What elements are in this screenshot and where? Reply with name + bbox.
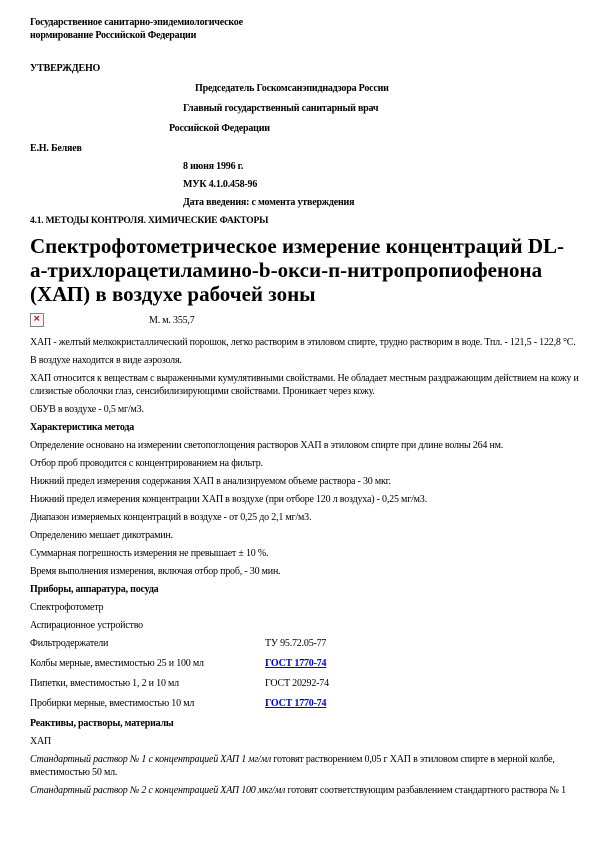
approver-title-line2: Главный государственный санитарный врач: [183, 102, 580, 115]
method-paragraph-6: Определению мешает дикотрамин.: [30, 529, 580, 542]
equipment-table-row: Пипетки, вместимостью 1, 2 и 10 мл ГОСТ …: [30, 677, 580, 690]
properties-paragraph-3: ХАП относится к веществам с выраженными …: [30, 372, 580, 398]
method-paragraph-5: Диапазон измеряемых концентраций в возду…: [30, 511, 580, 524]
approver-title-line1: Председатель Госкомсанэпиднадзора России: [195, 82, 580, 95]
equipment-item-spectrophotometer: Спектрофотометр: [30, 601, 580, 614]
equipment-table-row: Колбы мерные, вместимостью 25 и 100 мл Г…: [30, 657, 580, 670]
molar-mass-value: М. м. 355,7: [149, 314, 195, 327]
document-page: Государственное санитарно-эпидемиологиче…: [0, 0, 595, 842]
gost-1770-74-link[interactable]: ГОСТ 1770-74: [265, 657, 326, 670]
method-paragraph-2: Отбор проб проводится с концентрирование…: [30, 457, 580, 470]
method-paragraph-7: Суммарная погрешность измерения не превы…: [30, 547, 580, 560]
standard-solution-2-preparation: готовят соответствующим разбавлением ста…: [285, 785, 566, 796]
approval-date-block: 8 июня 1996 г. МУК 4.1.0.458-96 Дата вве…: [183, 160, 580, 209]
org-header-line1: Государственное санитарно-эпидемиологиче…: [30, 16, 580, 29]
equipment-item-label: Фильтродержатели: [30, 637, 265, 650]
page-title: Спектрофотометрическое измерение концент…: [30, 234, 580, 306]
equipment-table-row: Фильтродержатели ТУ 95.72.05-77: [30, 637, 580, 650]
equipment-table-row: Пробирки мерные, вместимостью 10 мл ГОСТ…: [30, 697, 580, 710]
org-header: Государственное санитарно-эпидемиологиче…: [30, 16, 580, 42]
reagents-heading: Реактивы, растворы, материалы: [30, 717, 580, 730]
approval-date: 8 июня 1996 г.: [183, 160, 580, 173]
signatory-name: Е.Н. Беляев: [30, 142, 580, 155]
method-paragraph-1: Определение основано на измерении светоп…: [30, 439, 580, 452]
document-number: МУК 4.1.0.458-96: [183, 178, 580, 191]
approved-label: УТВЕРЖДЕНО: [30, 62, 580, 75]
method-paragraph-3: Нижний предел измерения содержания ХАП в…: [30, 475, 580, 488]
formula-row: × М. м. 355,7: [30, 312, 580, 328]
equipment-item-aspirator: Аспирационное устройство: [30, 619, 580, 632]
equipment-standard-value: ГОСТ 20292-74: [265, 677, 329, 690]
method-paragraph-4: Нижний предел измерения концентрации ХАП…: [30, 493, 580, 506]
equipment-heading: Приборы, аппаратура, посуда: [30, 583, 580, 596]
standard-solution-1-name: Стандартный раствор № 1 с концентрацией …: [30, 754, 271, 765]
broken-image-x-glyph: ×: [33, 315, 41, 324]
equipment-item-label: Колбы мерные, вместимостью 25 и 100 мл: [30, 657, 265, 670]
standard-solution-1-paragraph: Стандартный раствор № 1 с концентрацией …: [30, 753, 580, 779]
effective-date: Дата введения: с момента утверждения: [183, 196, 580, 209]
method-paragraph-8: Время выполнения измерения, включая отбо…: [30, 565, 580, 578]
equipment-item-label: Пипетки, вместимостью 1, 2 и 10 мл: [30, 677, 265, 690]
standard-solution-2-paragraph: Стандартный раствор № 2 с концентрацией …: [30, 784, 580, 797]
standard-solution-2-name: Стандартный раствор № 2 с концентрацией …: [30, 785, 285, 796]
method-heading: Характеристика метода: [30, 421, 580, 434]
reagents-subheading-hap: ХАП: [30, 735, 580, 748]
gost-1770-74-link[interactable]: ГОСТ 1770-74: [265, 697, 326, 710]
equipment-standard-value: ТУ 95.72.05-77: [265, 637, 326, 650]
properties-paragraph-2: В воздухе находится в виде аэрозоля.: [30, 354, 580, 367]
approver-title-line3: Российской Федерации: [169, 122, 580, 135]
properties-paragraph-4: ОБУВ в воздухе - 0,5 мг/м3.: [30, 403, 580, 416]
org-header-line2: нормирование Российской Федерации: [30, 29, 580, 42]
section-heading: 4.1. МЕТОДЫ КОНТРОЛЯ. ХИМИЧЕСКИЕ ФАКТОРЫ: [30, 215, 580, 228]
properties-paragraph-1: ХАП - желтый мелкокристаллический порошо…: [30, 336, 580, 349]
broken-image-icon: ×: [30, 313, 44, 327]
equipment-item-label: Пробирки мерные, вместимостью 10 мл: [30, 697, 265, 710]
